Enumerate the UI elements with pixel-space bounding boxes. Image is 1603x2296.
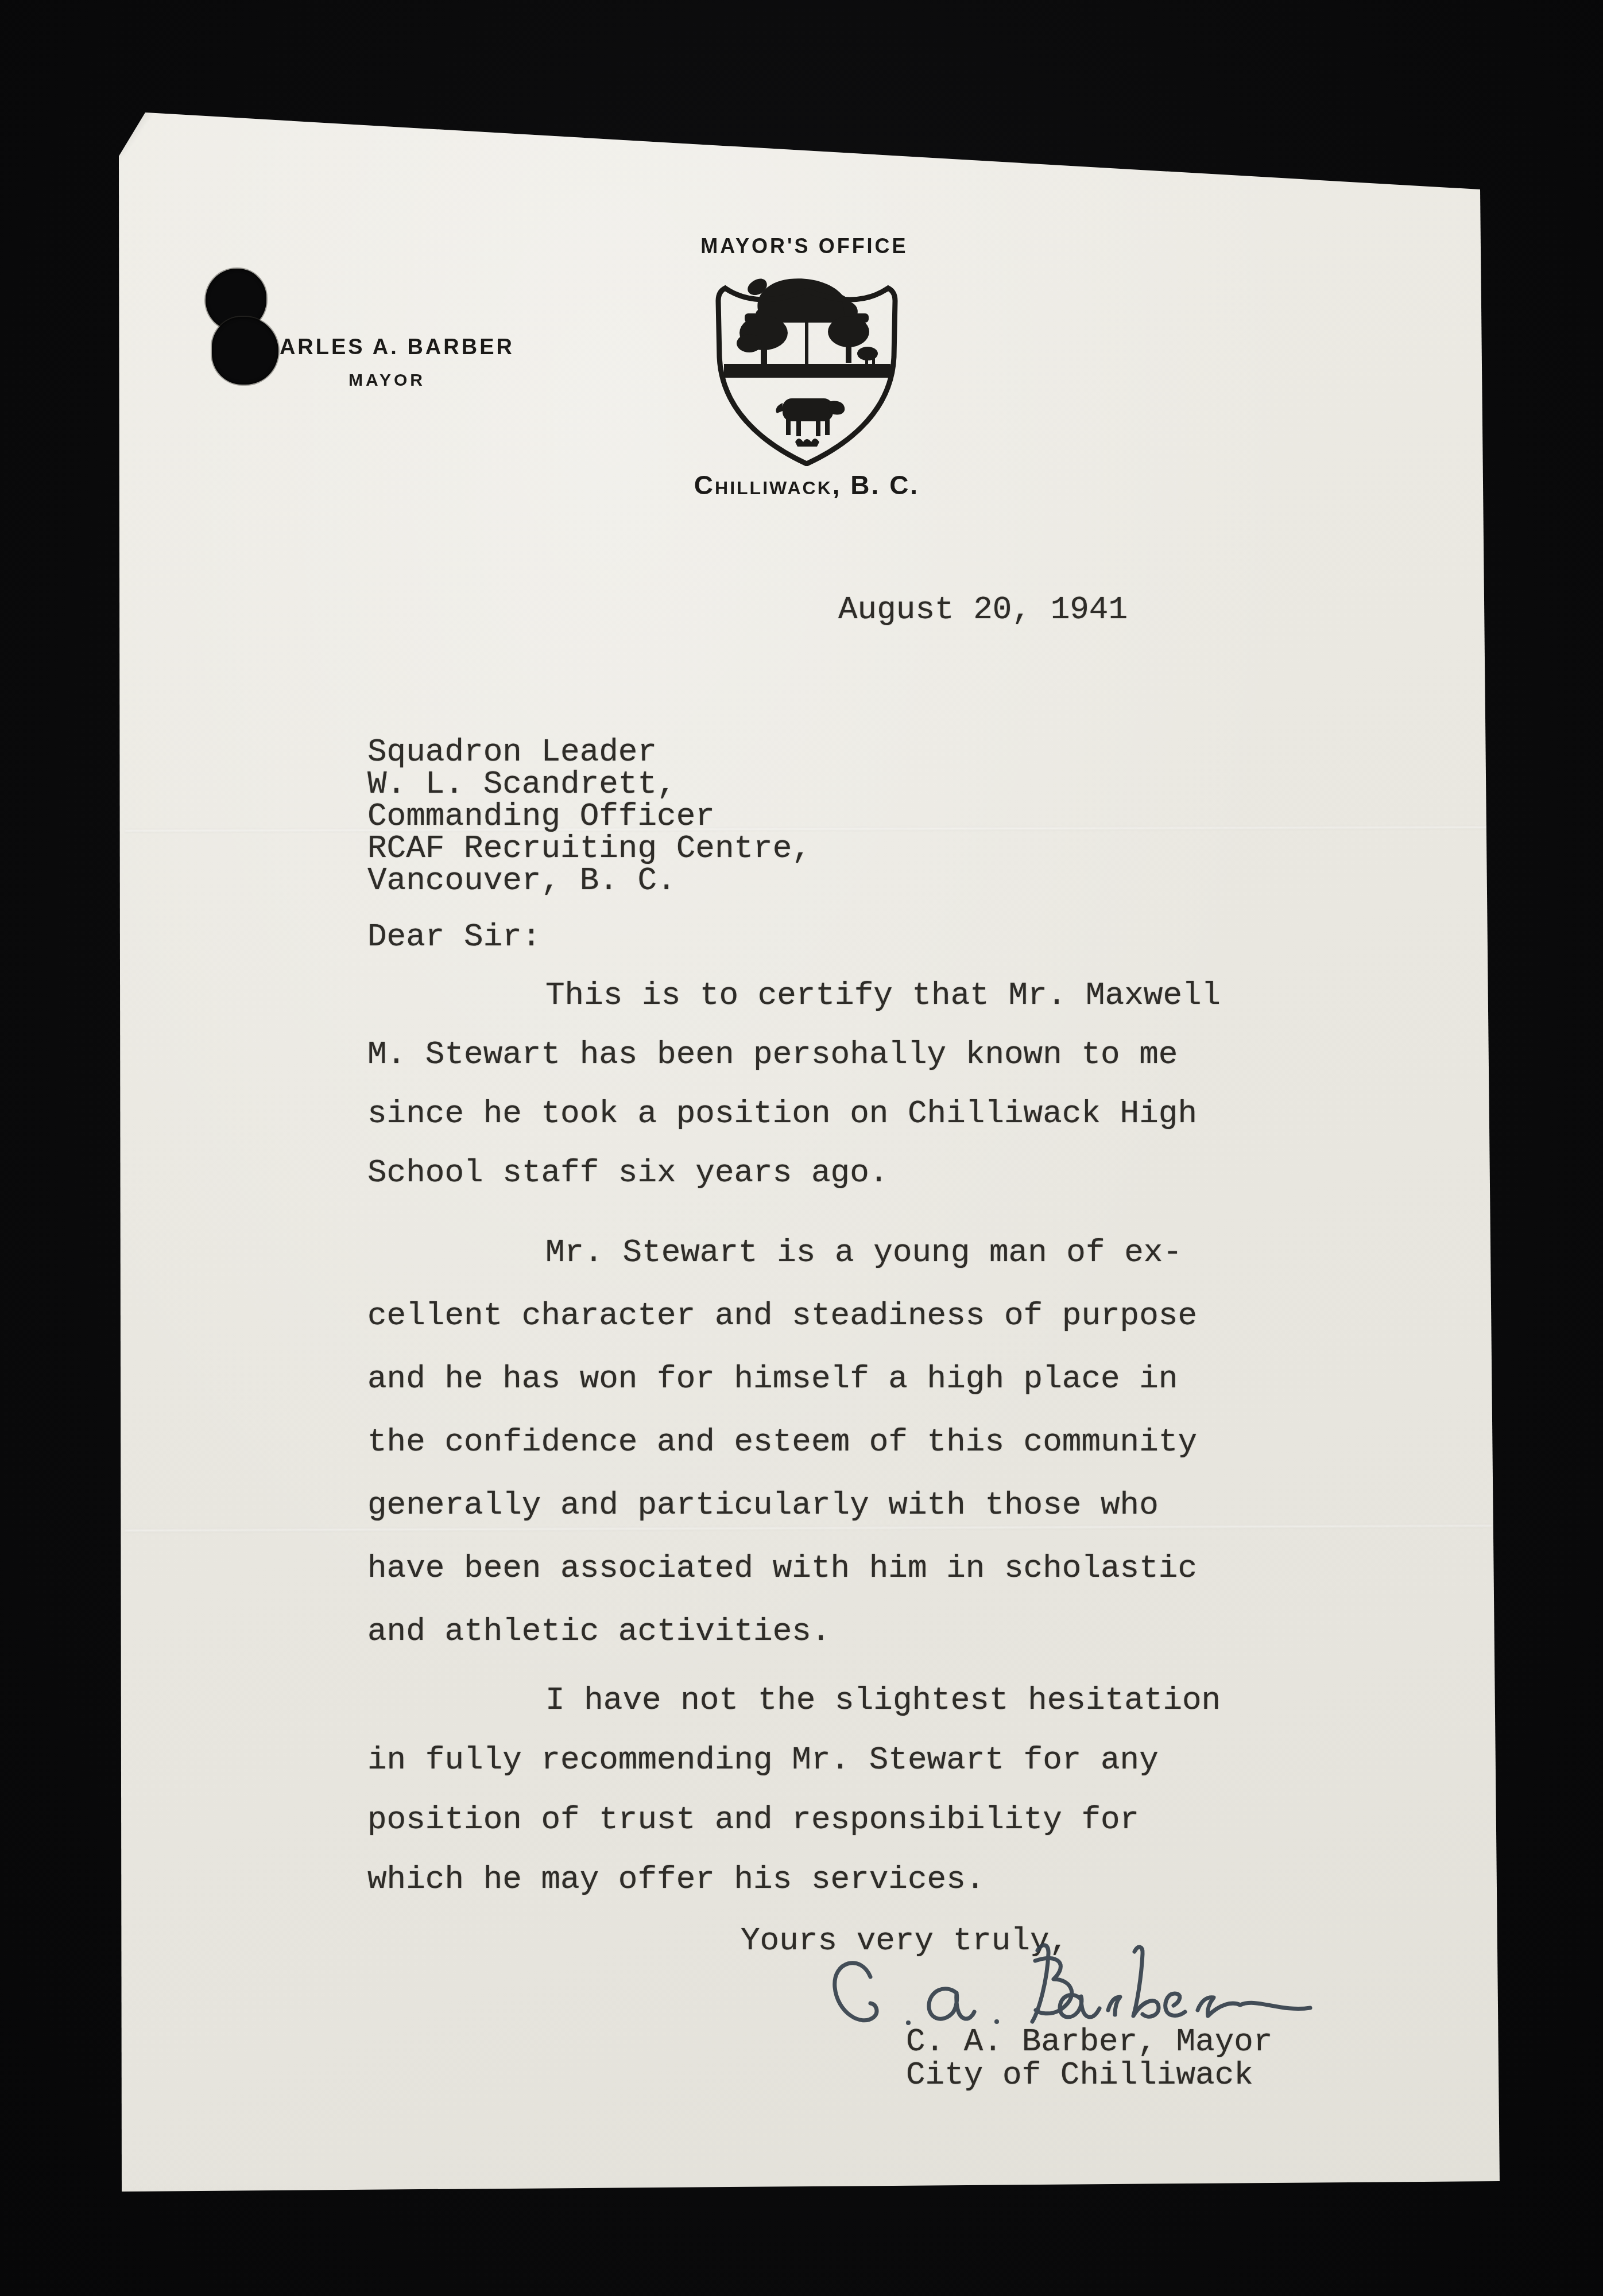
typed-line: position of trust and responsibility for [367,1804,1221,1863]
typed-line: Commanding Officer [367,800,811,832]
typed-line: School staff six years ago. [367,1157,1221,1216]
folded-corner [115,109,155,164]
typed-line: Mr. Stewart is a young man of ex- [367,1236,1197,1300]
typed-line: in fully recommending Mr. Stewart for an… [367,1744,1221,1804]
letterhead-city: Chilliwack, B. C. [694,470,919,501]
typed-line: M. Stewart has been persohally known to … [367,1038,1221,1097]
typed-line: generally and particularly with those wh… [367,1489,1197,1552]
typed-line: Squadron Leader [367,736,811,768]
recipient-address-block: Squadron LeaderW. L. Scandrett,Commandin… [367,736,811,897]
typed-line: City of Chilliwack [906,2059,1273,2092]
typed-line: which he may offer his services. [367,1863,1221,1923]
typed-line: have been associated with him in scholas… [367,1552,1197,1615]
typed-line: C. A. Barber, Mayor [906,2026,1273,2059]
city-crest-icon [709,265,907,466]
letterhead-mayor-title: MAYOR [349,371,425,390]
typed-line: since he took a position on Chilliwack H… [367,1097,1221,1157]
body-paragraph-3: I have not the slightest hesitationin fu… [367,1684,1221,1923]
typed-line: and athletic activities. [367,1615,1197,1678]
typed-line: and he has won for himself a high place … [367,1363,1197,1426]
salutation: Dear Sir: [367,918,541,955]
typed-line: RCAF Recruiting Centre, [367,832,811,864]
scanned-letter-photo: MAYOR'S OFFICE CHARLES A. BARBER MAYOR C… [0,0,1603,2296]
typed-line: the confidence and esteem of this commun… [367,1426,1197,1489]
typed-line: This is to certify that Mr. Maxwell [367,979,1221,1038]
punch-hole-bottom [212,317,278,385]
typed-line: cellent character and steadiness of purp… [367,1300,1197,1363]
letter-paper: MAYOR'S OFFICE CHARLES A. BARBER MAYOR C… [0,0,1603,2296]
letterhead-office-title: MAYOR'S OFFICE [700,234,908,258]
typed-line: Vancouver, B. C. [367,864,811,897]
body-paragraph-2: Mr. Stewart is a young man of ex-cellent… [367,1236,1197,1678]
letter-date: August 20, 1941 [838,591,1128,628]
body-paragraph-1: This is to certify that Mr. MaxwellM. St… [367,979,1221,1216]
typed-line: I have not the slightest hesitation [367,1684,1221,1744]
letterhead-mayor-name: CHARLES A. BARBER [243,335,514,360]
signature-typed-block: C. A. Barber, MayorCity of Chilliwack [906,2026,1273,2092]
typed-line: W. L. Scandrett, [367,768,811,800]
